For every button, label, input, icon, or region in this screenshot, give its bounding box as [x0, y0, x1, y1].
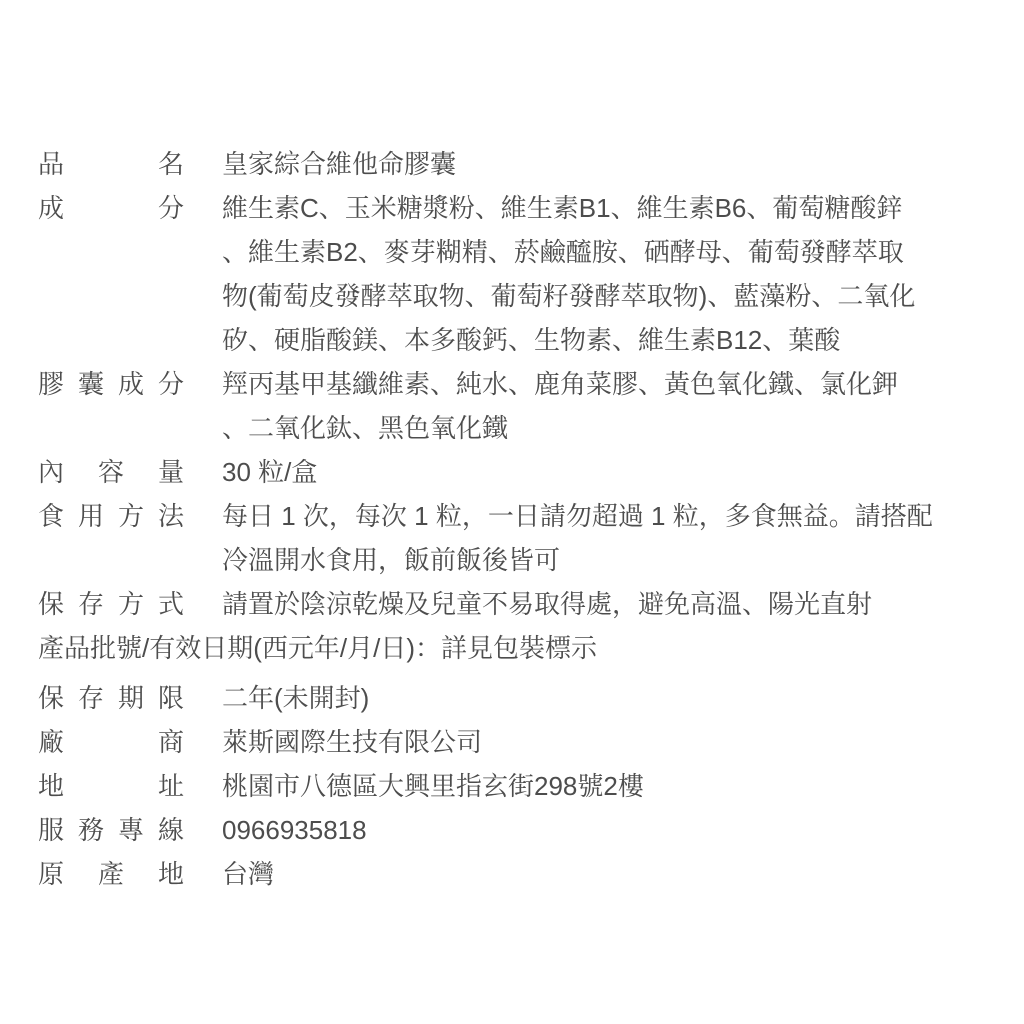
- row-label: 地址: [38, 764, 184, 808]
- row-net-content: 內容量 30 粒/盒: [38, 450, 996, 494]
- row-capsule-ingredients: 膠囊成分 羥丙基甲基纖維素、純水、鹿角菜膠、黃色氧化鐵、氯化鉀 、二氧化鈦、黑色…: [38, 362, 996, 450]
- row-value: 羥丙基甲基纖維素、純水、鹿角菜膠、黃色氧化鐵、氯化鉀 、二氧化鈦、黑色氧化鐵: [222, 362, 996, 450]
- row-label: 膠囊成分: [38, 362, 184, 406]
- row-label: 保存期限: [38, 676, 184, 720]
- row-label: 內容量: [38, 450, 184, 494]
- row-value: 台灣: [222, 852, 996, 896]
- row-batch-expiry-note: 產品批號/有效日期(西元年/月/日)：詳見包裝標示: [38, 626, 996, 670]
- row-service-hotline: 服務專線 0966935818: [38, 808, 996, 852]
- row-address: 地址 桃園市八德區大興里指玄街298號2樓: [38, 764, 996, 808]
- row-value: 30 粒/盒: [222, 450, 996, 494]
- row-label: 廠商: [38, 720, 184, 764]
- row-storage: 保存方式 請置於陰涼乾燥及兒童不易取得處，避免高溫、陽光直射: [38, 582, 996, 626]
- row-manufacturer: 廠商 萊斯國際生技有限公司: [38, 720, 996, 764]
- row-country-of-origin: 原產地 台灣: [38, 852, 996, 896]
- row-label: 保存方式: [38, 582, 184, 626]
- row-label: 原產地: [38, 852, 184, 896]
- row-value: 桃園市八德區大興里指玄街298號2樓: [222, 764, 996, 808]
- row-value: 維生素C、玉米糖漿粉、維生素B1、維生素B6、葡萄糖酸鋅 、維生素B2、麥芽糊精…: [222, 186, 996, 362]
- row-label: 食用方法: [38, 494, 184, 538]
- row-value: 0966935818: [222, 808, 996, 852]
- row-value: 皇家綜合維他命膠囊: [222, 142, 996, 186]
- row-usage: 食用方法 每日 1 次，每次 1 粒，一日請勿超過 1 粒，多食無益。請搭配 冷…: [38, 494, 996, 582]
- row-product-name: 品名 皇家綜合維他命膠囊: [38, 142, 996, 186]
- row-label: 成分: [38, 186, 184, 230]
- row-ingredients: 成分 維生素C、玉米糖漿粉、維生素B1、維生素B6、葡萄糖酸鋅 、維生素B2、麥…: [38, 186, 996, 362]
- row-value: 二年(未開封): [222, 676, 996, 720]
- row-shelf-life: 保存期限 二年(未開封): [38, 676, 996, 720]
- row-label: 品名: [38, 142, 184, 186]
- product-info-sheet: 品名 皇家綜合維他命膠囊 成分 維生素C、玉米糖漿粉、維生素B1、維生素B6、葡…: [0, 0, 1024, 896]
- row-value: 萊斯國際生技有限公司: [222, 720, 996, 764]
- row-label: 服務專線: [38, 808, 184, 852]
- row-value: 每日 1 次，每次 1 粒，一日請勿超過 1 粒，多食無益。請搭配 冷溫開水食用…: [222, 494, 996, 582]
- row-value: 請置於陰涼乾燥及兒童不易取得處，避免高溫、陽光直射: [222, 582, 996, 626]
